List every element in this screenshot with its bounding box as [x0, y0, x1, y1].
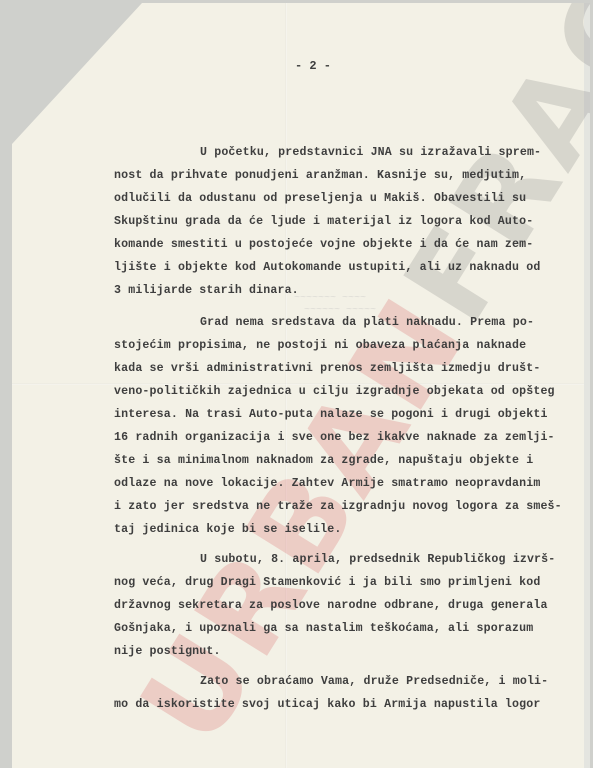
text-line: 3 milijarde starih dinara.: [114, 284, 299, 297]
text-line: komande smestiti u postojeće vojne objek…: [114, 238, 533, 251]
text-line: U subotu, 8. aprila, predsednik Republič…: [200, 553, 555, 566]
text-line: Grad nema sredstava da plati naknadu. Pr…: [200, 316, 534, 329]
text-line: Gošnjaka, i upoznali ga sa nastalim tešk…: [114, 622, 533, 635]
page-number: - 2 -: [295, 59, 331, 73]
page-edge: [584, 3, 590, 768]
text-line: U početku, predstavnici JNA su izražaval…: [200, 146, 541, 159]
document-page: URBANFRAGMENT - 2 - ~~~~~~~ ~~~~ ~~~~~~ …: [4, 3, 590, 768]
text-line: kada se vrši administrativni prenos zeml…: [114, 362, 540, 375]
text-line: ljište i objekte kod Autokomande ustupit…: [114, 261, 540, 274]
text-line: i zato jer sredstva ne traže za izgradnj…: [114, 500, 562, 513]
text-line: državnog sekretara za poslove narodne od…: [114, 599, 548, 612]
text-line: nije postignut.: [114, 645, 221, 658]
text-line: 16 radnih organizacija i sve one bez ika…: [114, 431, 555, 444]
text-line: šte i sa minimalnom naknadom za zgrade, …: [114, 454, 533, 467]
bleed-through-text: ~~~~~~ ~~~~~: [304, 305, 376, 316]
text-line: mo da iskoristite svoj uticaj kako bi Ar…: [114, 698, 540, 711]
text-line: stojećim propisima, ne postoji ni obavez…: [114, 339, 526, 352]
text-line: veno-političkih zajednica u cilju izgrad…: [114, 385, 555, 398]
bleed-through-text: ~~~~~~~ ~~~~: [294, 293, 366, 304]
text-line: nog veća, drug Dragi Stamenković i ja bi…: [114, 576, 540, 589]
text-line: interesa. Na trasi Auto-puta nalaze se p…: [114, 408, 548, 421]
text-line: odlučili da odustanu od preseljenja u Ma…: [114, 192, 526, 205]
text-line: odlaze na nove lokacije. Zahtev Armije s…: [114, 477, 540, 490]
text-line: Skupštinu grada da će ljude i materijal …: [114, 215, 533, 228]
text-line: Zato se obraćamo Vama, druže Predsedniče…: [200, 675, 548, 688]
text-line: taj jedinica koje bi se iselile.: [114, 523, 341, 536]
text-line: nost da prihvate ponudjeni aranžman. Kas…: [114, 169, 526, 182]
